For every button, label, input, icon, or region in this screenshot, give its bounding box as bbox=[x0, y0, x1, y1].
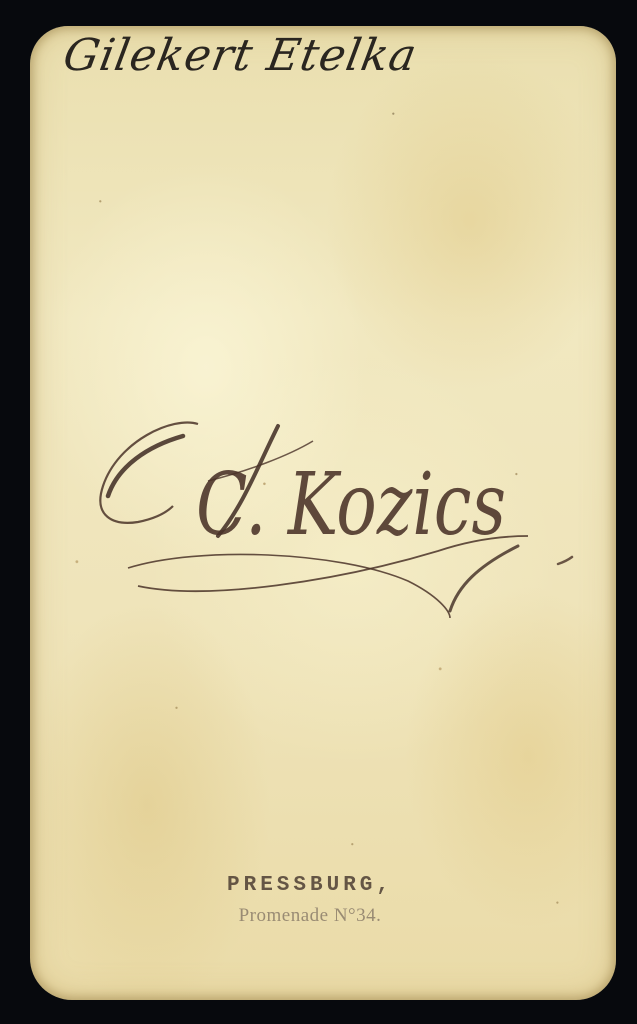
studio-imprint: PRESSBURG, Promenade N°34. bbox=[30, 874, 616, 927]
photo-stage: Gilekert Etelka C. Kozics PRESSBURG, Pro… bbox=[0, 0, 637, 1024]
signature-flourish-graphic: C. Kozics bbox=[78, 386, 578, 626]
handwritten-name: Gilekert Etelka bbox=[60, 30, 422, 81]
imprint-city: PRESSBURG, bbox=[4, 874, 616, 897]
imprint-address: Promenade N°34. bbox=[4, 905, 616, 927]
signature-text: C. Kozics bbox=[196, 455, 506, 555]
photographer-signature: C. Kozics bbox=[78, 386, 578, 626]
photo-card-back: Gilekert Etelka C. Kozics PRESSBURG, Pro… bbox=[30, 26, 616, 1000]
